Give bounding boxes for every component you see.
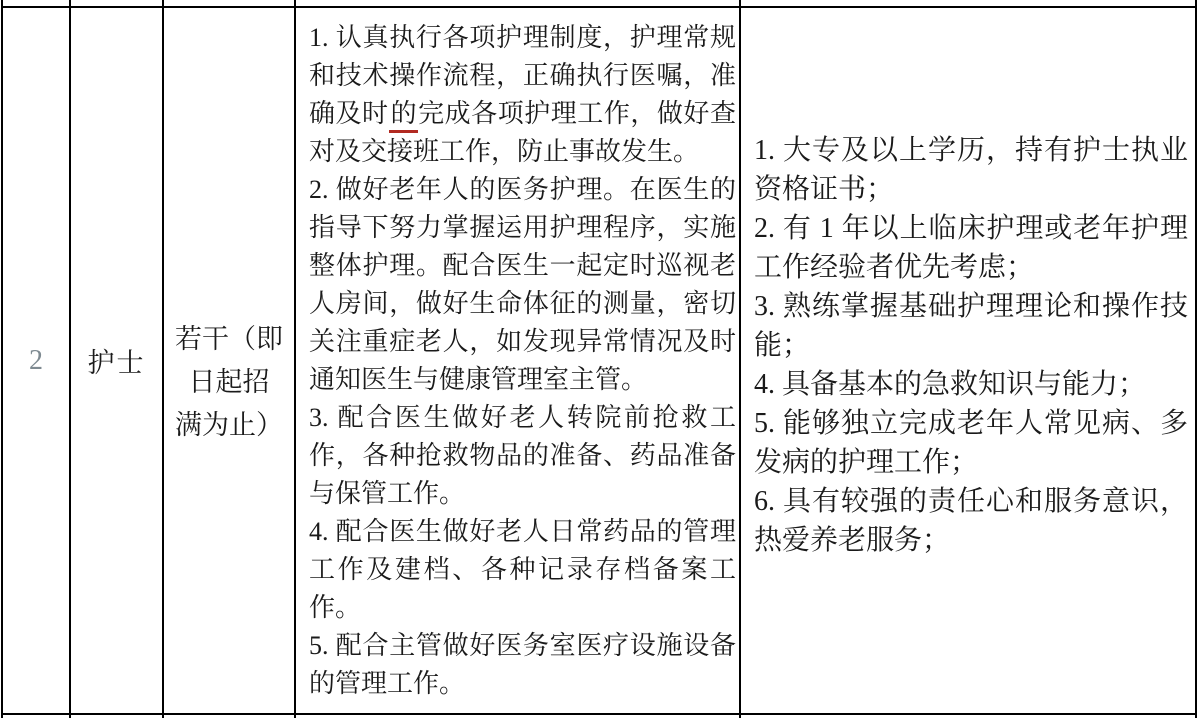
cell-position-title: 护士 — [70, 7, 163, 714]
duty-item-2: 2. 做好老年人的医务护理。在医生的指导下努力掌握运用护理程序，实施整体护理。配… — [309, 171, 736, 399]
row-number: 2 — [29, 345, 43, 376]
partial-cell — [70, 0, 163, 7]
partial-cell — [163, 714, 295, 718]
requirement-item-3: 3. 熟练掌握基础护理理论和操作技能； — [754, 287, 1188, 365]
requirement-item-5: 5. 能够独立完成老年人常见病、多发病的护理工作； — [754, 404, 1188, 482]
cell-row-number: 2 — [2, 7, 70, 714]
partial-cell — [163, 0, 295, 7]
partial-cell — [295, 714, 740, 718]
requirement-item-1: 1. 大专及以上学历，持有护士执业资格证书； — [754, 131, 1188, 209]
partial-cell — [740, 0, 1196, 7]
position-title: 护士 — [88, 348, 146, 378]
cell-job-duties: 1. 认真执行各项护理制度，护理常规和技术操作流程，正确执行医嘱，准确及时的完成… — [295, 7, 740, 714]
red-proofing-underline: 的 — [389, 99, 419, 133]
partial-cell — [740, 714, 1196, 718]
requirement-item-6: 6. 具有较强的责任心和服务意识，热爱养老服务； — [754, 482, 1188, 560]
headcount-text: 若干（即 日起招 满为止） — [175, 324, 283, 440]
partial-cell — [70, 714, 163, 718]
requirement-item-4: 4. 具备基本的急救知识与能力； — [754, 365, 1188, 404]
cell-headcount: 若干（即 日起招 满为止） — [163, 7, 295, 714]
duty-item-1: 1. 认真执行各项护理制度，护理常规和技术操作流程，正确执行医嘱，准确及时的完成… — [309, 19, 736, 171]
table-row-partial-top — [2, 0, 1196, 7]
table-row-partial-bottom — [2, 714, 1196, 718]
cell-job-requirements: 1. 大专及以上学历，持有护士执业资格证书； 2. 有 1 年以上临床护理或老年… — [740, 7, 1196, 714]
requirement-item-2: 2. 有 1 年以上临床护理或老年护理工作经验者优先考虑； — [754, 209, 1188, 287]
duty-item-4: 4. 配合医生做好老人日常药品的管理工作及建档、各种记录存档备案工作。 — [309, 513, 736, 627]
duty-item-3: 3. 配合医生做好老人转院前抢救工作，各种抢救物品的准备、药品准备与保管工作。 — [309, 399, 736, 513]
recruitment-table: 2 护士 若干（即 日起招 满为止） 1. 认真执行各项护理制度，护理常规和技术… — [1, 0, 1197, 718]
partial-cell — [2, 0, 70, 7]
table-row-nurse: 2 护士 若干（即 日起招 满为止） 1. 认真执行各项护理制度，护理常规和技术… — [2, 7, 1196, 714]
duty-item-5: 5. 配合主管做好医务室医疗设施设备的管理工作。 — [309, 627, 736, 703]
partial-cell — [2, 714, 70, 718]
partial-cell — [295, 0, 740, 7]
